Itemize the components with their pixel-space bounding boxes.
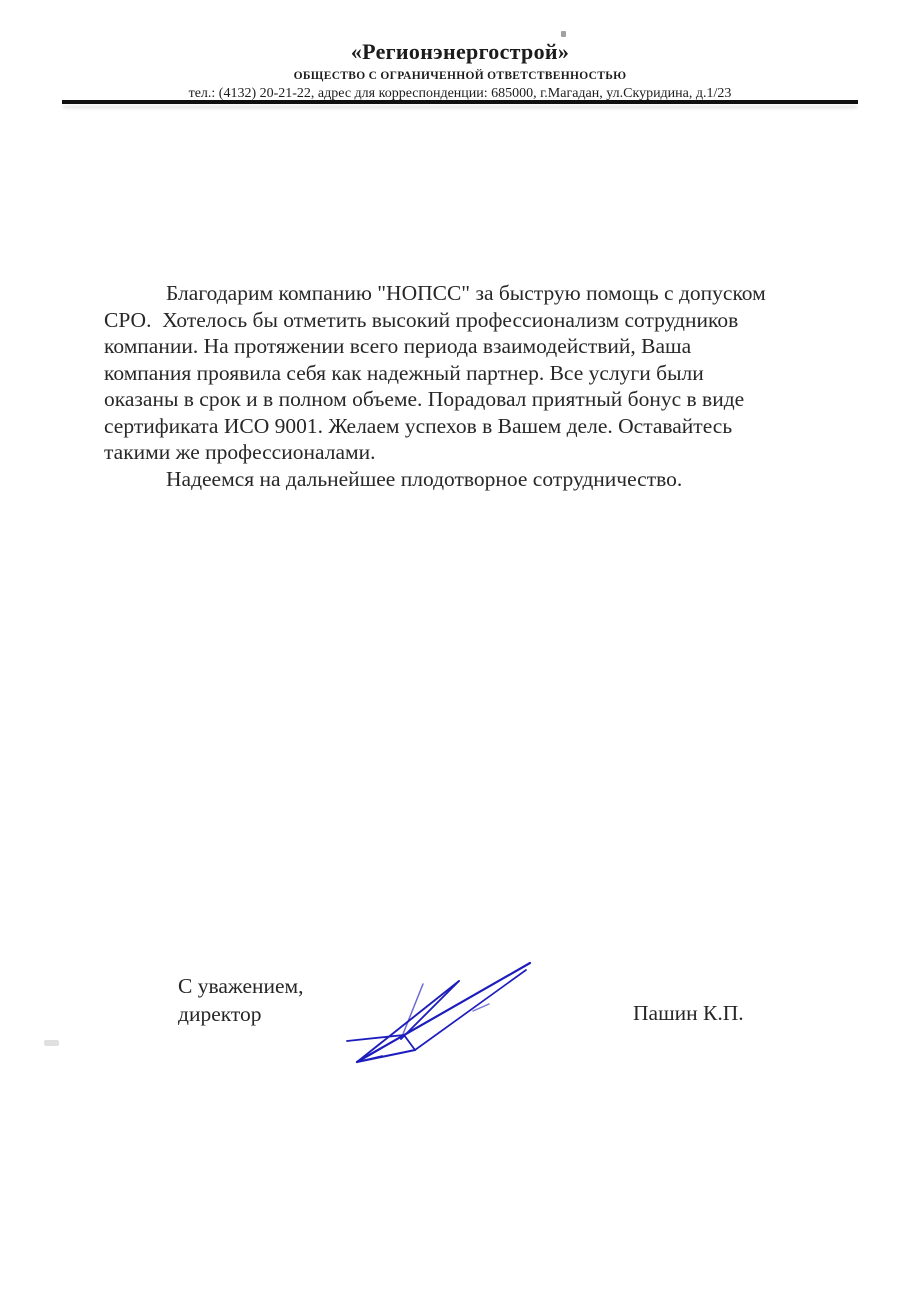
company-name: «Регионэнергострой» — [62, 40, 858, 64]
body-line: компании. На протяжении всего периода вз… — [104, 333, 804, 360]
letterhead: «Регионэнергострой» ОБЩЕСТВО С ОГРАНИЧЕН… — [62, 40, 858, 102]
body-line: сертификата ИСО 9001. Желаем успехов в В… — [104, 413, 804, 440]
body-line: компания проявила себя как надежный парт… — [104, 360, 804, 387]
closing-salutation: С уважением, — [178, 973, 304, 999]
signer-position: директор — [178, 1001, 262, 1027]
letter-body: Благодарим компанию "НОПСС" за быструю п… — [104, 280, 804, 492]
company-legal-form: ОБЩЕСТВО С ОГРАНИЧЕННОЙ ОТВЕТСТВЕННОСТЬЮ — [62, 69, 858, 83]
body-line: Благодарим компанию "НОПСС" за быструю п… — [104, 280, 804, 307]
letterhead-rule — [62, 100, 858, 104]
body-line: СРО. Хотелось бы отметить высокий профес… — [104, 307, 804, 334]
body-line: Надеемся на дальнейшее плодотворное сотр… — [104, 466, 804, 493]
scan-artifact-dot — [561, 31, 566, 37]
signature-ink — [330, 942, 560, 1077]
signature-strokes — [347, 963, 530, 1062]
body-line: оказаны в срок и в полном объеме. Порадо… — [104, 386, 804, 413]
scanned-letter-page: «Регионэнергострой» ОБЩЕСТВО С ОГРАНИЧЕН… — [0, 0, 924, 1307]
scan-artifact-smudge — [44, 1040, 59, 1046]
signer-name: Пашин К.П. — [633, 1000, 744, 1026]
body-line: такими же профессионалами. — [104, 439, 804, 466]
